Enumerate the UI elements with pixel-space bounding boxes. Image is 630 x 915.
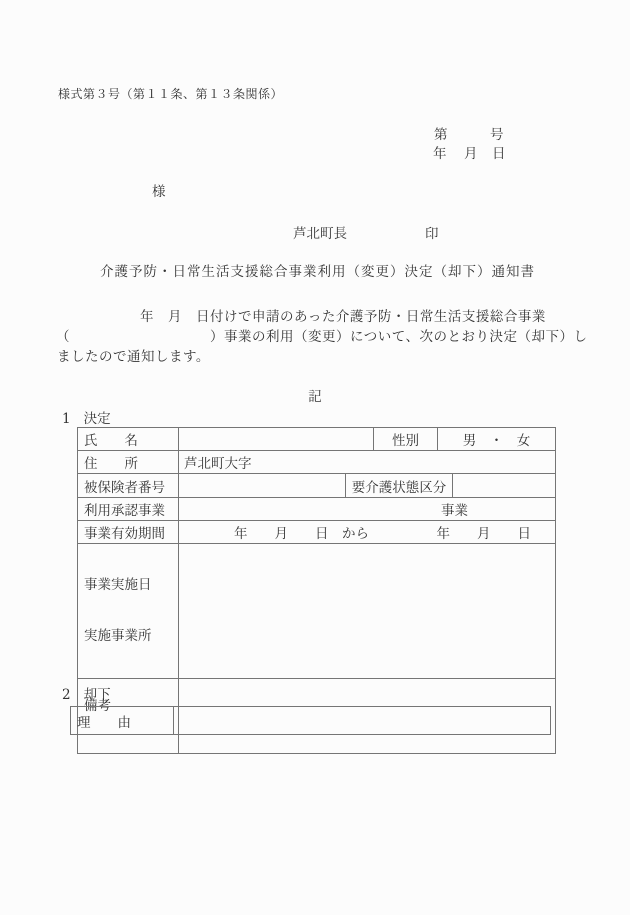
date-day-placeholder: 日 <box>492 146 506 163</box>
date-month-placeholder: 月 <box>464 146 478 163</box>
care-level-label: 要介護状態区分 <box>346 474 453 498</box>
body-text-line3: ましたので通知します。 <box>57 349 210 366</box>
implementation-label: 事業実施日 実施事業所 <box>78 544 179 679</box>
approved-service-value-cell: 事業 <box>179 498 556 521</box>
name-value-cell <box>179 428 374 451</box>
approved-service-suffix: 事業 <box>441 499 468 519</box>
table-row: 利用承認事業 事業 <box>78 498 556 521</box>
section-decision-heading: 1 決定 <box>62 411 111 428</box>
body-text-line2: （ ）事業の利用（変更）について、次のとおり決定（却下）し <box>56 329 587 346</box>
table-row: 理 由 <box>71 707 551 735</box>
section-decision-number: 1 <box>62 411 71 428</box>
rejection-table: 理 由 <box>70 706 551 735</box>
validity-period-value: 年 月 日 から 年 月 日 <box>179 521 556 544</box>
care-level-value-cell <box>453 474 556 498</box>
approved-service-label: 利用承認事業 <box>78 498 179 521</box>
insured-number-value-cell <box>179 474 346 498</box>
table-row: 事業実施日 実施事業所 <box>78 544 556 679</box>
gender-value: 男 ・ 女 <box>438 428 556 451</box>
document-page: 様式第３号（第１１条、第１３条関係） 第 号 年 月 日 様 芦北町長 印 介護… <box>0 0 630 915</box>
form-number: 様式第３号（第１１条、第１３条関係） <box>58 87 283 102</box>
date-year-placeholder: 年 <box>433 146 447 163</box>
table-row: 氏 名 性別 男 ・ 女 <box>78 428 556 451</box>
insured-number-label: 被保険者番号 <box>78 474 179 498</box>
decision-table: 氏 名 性別 男 ・ 女 住 所 芦北町大字 被保険者番号 要介護状態区分 利用… <box>77 427 556 754</box>
body-text-line1: 年 月 日付けで申請のあった介護予防・日常生活支援総合事業 <box>140 309 546 326</box>
name-label: 氏 名 <box>78 428 179 451</box>
document-title: 介護予防・日常生活支援総合事業利用（変更）決定（却下）通知書 <box>100 264 535 281</box>
ki-marker: 記 <box>0 389 630 406</box>
document-number-suffix: 号 <box>490 127 504 144</box>
addressee-honorific: 様 <box>152 184 166 201</box>
section-rejection-heading: 2 却下 <box>62 687 111 704</box>
implementation-label-line2: 実施事業所 <box>84 627 178 646</box>
issuer-seal-mark: 印 <box>425 226 439 243</box>
address-value: 芦北町大字 <box>179 451 556 474</box>
section-rejection-title: 却下 <box>84 687 111 704</box>
section-rejection-number: 2 <box>62 687 71 704</box>
table-row: 被保険者番号 要介護状態区分 <box>78 474 556 498</box>
reason-label: 理 由 <box>71 707 174 735</box>
gender-label: 性別 <box>374 428 438 451</box>
section-decision-title: 決定 <box>84 411 111 428</box>
implementation-value-cell <box>179 544 556 679</box>
validity-period-label: 事業有効期間 <box>78 521 179 544</box>
table-row: 住 所 芦北町大字 <box>78 451 556 474</box>
document-number-prefix: 第 <box>434 127 448 144</box>
implementation-label-line1: 事業実施日 <box>84 576 178 595</box>
issuer-title: 芦北町長 <box>293 226 347 243</box>
table-row: 事業有効期間 年 月 日 から 年 月 日 <box>78 521 556 544</box>
address-label: 住 所 <box>78 451 179 474</box>
reason-value-cell <box>174 707 551 735</box>
